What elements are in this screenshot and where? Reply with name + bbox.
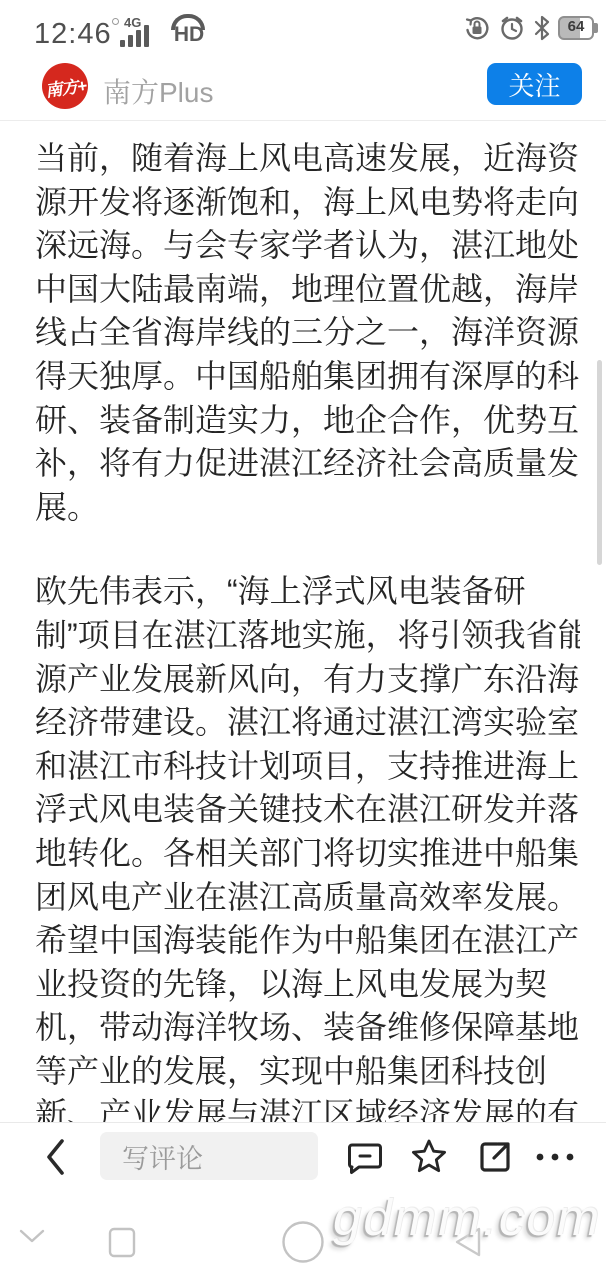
- text-line: 团风电产业在湛江高质量高效率发展。: [35, 876, 580, 920]
- more-dots-icon: [534, 1151, 576, 1163]
- clock-time: 12:46: [34, 18, 112, 51]
- article-body: 当前，随着海上风电高速发展，近海资源开发将逐渐饱和，海上风电势将走向深远海。与会…: [35, 137, 580, 1122]
- text-line: 地转化。各相关部门将切实推进中船集: [35, 832, 580, 876]
- comments-button[interactable]: [342, 1134, 388, 1180]
- back-button[interactable]: [38, 1135, 72, 1179]
- star-icon: [409, 1137, 449, 1177]
- text-line: 源产业发展新风向，有力支撑广东沿海: [35, 658, 580, 702]
- text-line: 制”项目在湛江落地实施，将引领我省能: [35, 614, 580, 658]
- triangle-back-icon: [451, 1224, 485, 1260]
- comment-input[interactable]: 写评论: [100, 1132, 318, 1180]
- text-line: 得天独厚。中国船舶集团拥有深厚的科: [35, 355, 580, 399]
- text-line: 线占全省海岸线的三分之一，海洋资源: [35, 311, 580, 355]
- status-icons: 64: [463, 14, 598, 42]
- comment-bubble-icon: [346, 1138, 384, 1176]
- text-line: 和湛江市科技计划项目，支持推进海上: [35, 745, 580, 789]
- text-line: 欧先伟表示，“海上浮式风电装备研: [35, 570, 580, 614]
- bottom-toolbar: 写评论: [0, 1122, 606, 1190]
- favorite-button[interactable]: [406, 1134, 452, 1180]
- bluetooth-icon: [533, 14, 551, 42]
- text-line: 机，带动海洋牧场、装备维修保障基地: [35, 1006, 580, 1050]
- text-line: 等产业的发展，实现中船集团科技创: [35, 1050, 580, 1094]
- text-line: 源开发将逐渐饱和，海上风电势将走向: [35, 181, 580, 225]
- share-icon: [477, 1139, 513, 1175]
- text-line: 经济带建设。湛江将通过湛江湾实验室: [35, 701, 580, 745]
- follow-button[interactable]: 关注: [487, 63, 582, 105]
- text-line: 浮式风电装备关键技术在湛江研发并落: [35, 788, 580, 832]
- recents-button[interactable]: [100, 1222, 144, 1262]
- system-navbar: [0, 1190, 606, 1280]
- text-line: 深远海。与会专家学者认为，湛江地处: [35, 224, 580, 268]
- sim-dot-icon: [112, 18, 119, 25]
- account-name[interactable]: 南方Plus: [103, 71, 213, 111]
- back-chevron-icon: [44, 1138, 66, 1176]
- text-line: 希望中国海装能作为中船集团在湛江产: [35, 919, 580, 963]
- author-header: 南方+ 南方Plus 关注: [0, 52, 606, 121]
- battery-icon: 64: [558, 16, 598, 40]
- square-icon: [106, 1225, 138, 1259]
- text-line: 展。: [35, 486, 580, 530]
- comment-placeholder: 写评论: [122, 1137, 203, 1176]
- text-line: 新、产业发展与湛江区域经济发展的有: [35, 1093, 580, 1122]
- volte-hd-icon: HD: [168, 14, 210, 50]
- text-line: 当前，随着海上风电高速发展，近海资: [35, 137, 580, 181]
- scrollbar-thumb[interactable]: [597, 360, 602, 565]
- more-button[interactable]: [532, 1134, 578, 1180]
- circle-icon: [280, 1219, 326, 1265]
- rotation-lock-icon: [463, 14, 491, 42]
- logo-text: 南方+: [43, 71, 87, 101]
- paragraph: 当前，随着海上风电高速发展，近海资源开发将逐渐饱和，海上风电势将走向深远海。与会…: [35, 137, 580, 529]
- paragraph: 欧先伟表示，“海上浮式风电装备研制”项目在湛江落地实施，将引领我省能源产业发展新…: [35, 570, 580, 1122]
- chevron-down-icon: [18, 1227, 46, 1245]
- signal-bars-icon: [120, 25, 149, 47]
- share-button[interactable]: [472, 1134, 518, 1180]
- text-line: 业投资的先锋，以海上风电发展为契: [35, 963, 580, 1007]
- text-line: 研、装备制造实力，地企合作，优势互: [35, 399, 580, 443]
- nav-back-button[interactable]: [448, 1222, 488, 1262]
- phone-screen: 12:46 4G HD: [0, 0, 606, 1280]
- text-line: 中国大陆最南端，地理位置优越，海岸: [35, 268, 580, 312]
- battery-percent: 64: [558, 18, 594, 35]
- alarm-clock-icon: [498, 14, 526, 42]
- nanfang-plus-logo[interactable]: 南方+: [42, 63, 88, 109]
- home-button[interactable]: [278, 1218, 328, 1266]
- text-line: 补，将有力促进湛江经济社会高质量发: [35, 442, 580, 486]
- hide-navbar-button[interactable]: [12, 1220, 52, 1252]
- status-bar: 12:46 4G HD: [0, 0, 606, 52]
